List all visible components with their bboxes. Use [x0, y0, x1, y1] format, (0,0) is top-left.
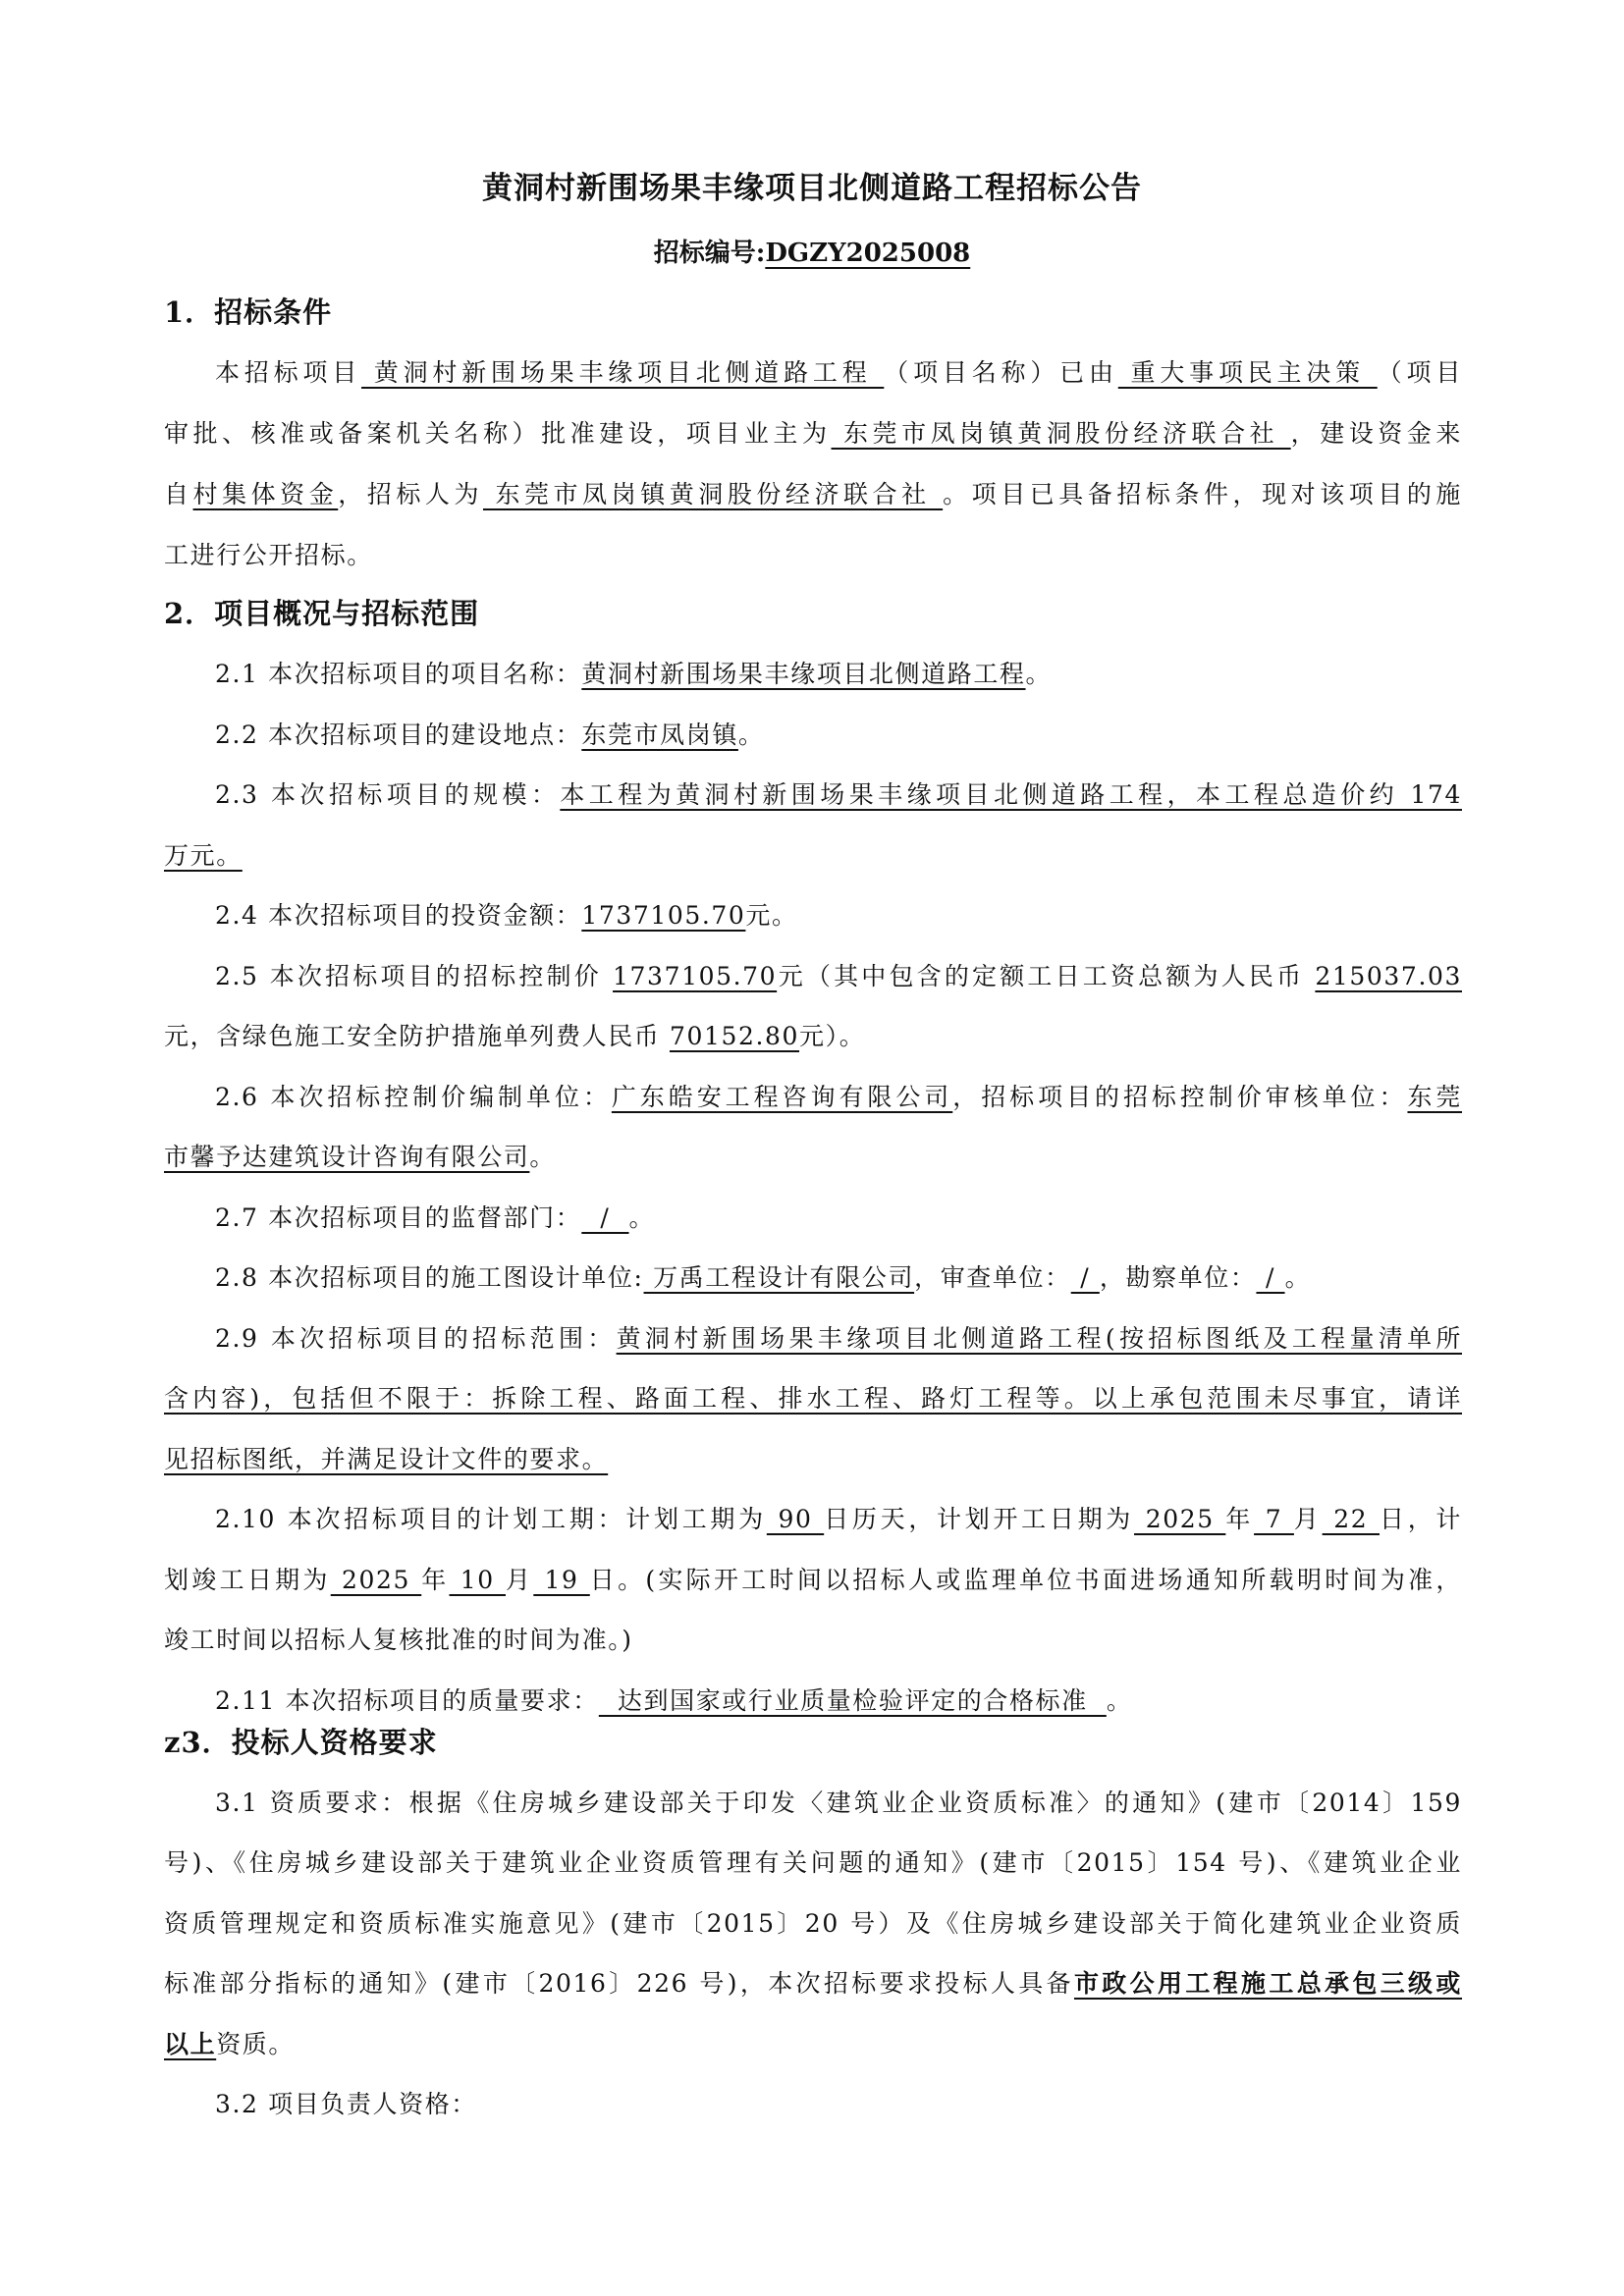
text: （项目名称）已由 — [884, 358, 1117, 387]
section-heading-1: 1．招标条件 — [164, 291, 332, 334]
item-3-1-line-1: 3.1 资质要求：根据《住房城乡建设部关于印发〈建筑业企业资质标准〉的通知》(建… — [164, 1784, 1462, 1823]
wage-total: 215037.03 — [1315, 962, 1462, 990]
start-year: 2025 — [1134, 1505, 1225, 1533]
start-day: 22 — [1323, 1505, 1380, 1533]
review-unit: / — [1071, 1263, 1100, 1292]
investment-amount: 1737105.70 — [581, 901, 745, 930]
text: ，招标项目的招标控制价审核单位： — [952, 1083, 1407, 1111]
text: 。 — [529, 1143, 556, 1171]
para-1-line-3: 自村集体资金，招标人为 东莞市凤岗镇黄洞股份经济联合社 。项目已具备招标条件，现… — [164, 475, 1462, 514]
page-title: 黄洞村新围场果丰缘项目北侧道路工程招标公告 — [0, 167, 1624, 210]
location-value: 东莞市凤岗镇 — [581, 721, 738, 749]
item-3-1-line-3: 资质管理规定和资质标准实施意见》(建市〔2015〕20 号）及《住房城乡建设部关… — [164, 1904, 1462, 1944]
item-2-7: 2.7 本次招标项目的监督部门： / 。 — [164, 1199, 1462, 1238]
text: 日。(实际开工时间以招标人或监理单位书面进场通知所载明时间为准， — [590, 1566, 1462, 1594]
text: 本招标项目 — [215, 358, 361, 387]
duration-days: 90 — [767, 1505, 824, 1533]
label: 2.8 本次招标项目的施工图设计单位: — [215, 1263, 644, 1292]
text: ，建设资金来 — [1291, 419, 1462, 448]
item-3-1-line-5: 以上资质。 — [164, 2025, 1462, 2064]
project-name: 黄洞村新围场果丰缘项目北侧道路工程 — [361, 358, 884, 387]
survey-unit: / — [1256, 1263, 1284, 1292]
item-3-1-line-4: 标准部分指标的通知》(建市〔2016〕226 号)，本次招标要求投标人具备市政公… — [164, 1964, 1462, 2003]
bid-number-label: 招标编号: — [654, 239, 766, 268]
project-owner: 东莞市凤岗镇黄洞股份经济联合社 — [832, 419, 1291, 448]
qualification-requirement: 市政公用工程施工总承包三级或 — [1074, 1969, 1462, 1998]
text: 年 — [421, 1566, 449, 1594]
para-1-line-1: 本招标项目 黄洞村新围场果丰缘项目北侧道路工程 （项目名称）已由 重大事项民主决… — [164, 353, 1462, 393]
item-3-2: 3.2 项目负责人资格： — [164, 2085, 1462, 2124]
label: 2.7 本次招标项目的监督部门： — [215, 1203, 581, 1232]
item-2-3-line-1: 2.3 本次招标项目的规模：本工程为黄洞村新围场果丰缘项目北侧道路工程，本工程总… — [164, 775, 1462, 815]
text: 元，含绿色施工安全防护措施单列费人民币 — [164, 1022, 670, 1050]
scope-value-end: 见招标图纸，并满足设计文件的要求。 — [164, 1445, 608, 1473]
label: 2.2 本次招标项目的建设地点： — [215, 721, 581, 749]
item-2-5-line-1: 2.5 本次招标项目的招标控制价 1737105.70元（其中包含的定额工日工资… — [164, 957, 1462, 996]
text: 元。 — [745, 901, 797, 930]
text: 。 — [629, 1203, 656, 1232]
control-price: 1737105.70 — [613, 962, 777, 990]
label: 2.5 本次招标项目的招标控制价 — [215, 962, 613, 990]
label: 2.1 本次招标项目的项目名称： — [215, 660, 581, 688]
item-2-8: 2.8 本次招标项目的施工图设计单位: 万禹工程设计有限公司，审查单位： / ，… — [164, 1258, 1462, 1298]
item-2-9-line-3: 见招标图纸，并满足设计文件的要求。 — [164, 1440, 1462, 1479]
qualification-requirement-cont: 以上 — [164, 2030, 216, 2058]
scope-value: 黄洞村新围场果丰缘项目北侧道路工程(按招标图纸及工程量清单所 — [617, 1324, 1462, 1353]
bid-number-line: 招标编号:DGZY2025008 — [0, 232, 1624, 275]
label: 2.3 本次招标项目的规模： — [215, 780, 560, 809]
design-unit: 万禹工程设计有限公司 — [644, 1263, 915, 1292]
section-heading-3: z3．投标人资格要求 — [164, 1721, 438, 1764]
text: （项目 — [1378, 358, 1462, 387]
para-1-line-4: 工进行公开招标。 — [164, 536, 1462, 575]
item-2-5-line-2: 元，含绿色施工安全防护措施单列费人民币 70152.80元）。 — [164, 1017, 1462, 1056]
item-2-9-line-2: 含内容)，包括但不限于：拆除工程、路面工程、排水工程、路灯工程等。以上承包范围未… — [164, 1379, 1462, 1418]
end-year: 2025 — [331, 1566, 422, 1594]
text: 。项目已具备招标条件，现对该项目的施 — [943, 480, 1462, 508]
price-auditor: 东莞 — [1407, 1083, 1462, 1111]
item-2-2: 2.2 本次招标项目的建设地点：东莞市凤岗镇。 — [164, 716, 1462, 755]
item-3-1-line-2: 号)、《住房城乡建设部关于建筑业企业资质管理有关问题的通知》(建市〔2015〕1… — [164, 1843, 1462, 1883]
text: 。 — [1285, 1263, 1312, 1292]
end-day: 19 — [533, 1566, 589, 1594]
price-compiler: 广东皓安工程咨询有限公司 — [612, 1083, 952, 1111]
text: 日，计 — [1380, 1505, 1462, 1533]
item-2-10-line-1: 2.10 本次招标项目的计划工期：计划工期为 90 日历天，计划开工日期为 20… — [164, 1500, 1462, 1539]
text: 。 — [1107, 1686, 1133, 1715]
text: 月 — [506, 1566, 533, 1594]
scale-value-cont: 万元。 — [164, 841, 243, 870]
item-2-6-line-2: 市馨予达建筑设计咨询有限公司。 — [164, 1138, 1462, 1177]
label: 2.10 本次招标项目的计划工期：计划工期为 — [215, 1505, 767, 1533]
item-2-3-line-2: 万元。 — [164, 836, 1462, 876]
item-2-10-line-3: 竣工时间以招标人复核批准的时间为准。) — [164, 1621, 1462, 1660]
item-2-1: 2.1 本次招标项目的项目名称：黄洞村新围场果丰缘项目北侧道路工程。 — [164, 655, 1462, 694]
funding-source: 村集体资金 — [193, 480, 339, 508]
end-month: 10 — [450, 1566, 506, 1594]
text: 。 — [1026, 660, 1053, 688]
text: 资质。 — [216, 2030, 295, 2058]
text: ，审查单位： — [914, 1263, 1071, 1292]
supervision-dept: / — [581, 1203, 628, 1232]
label: 2.6 本次招标控制价编制单位： — [215, 1083, 612, 1111]
text: 划竣工日期为 — [164, 1566, 331, 1594]
item-2-4: 2.4 本次招标项目的投资金额：1737105.70元。 — [164, 896, 1462, 935]
bid-number: DGZY2025008 — [765, 239, 970, 268]
project-name-value: 黄洞村新围场果丰缘项目北侧道路工程 — [581, 660, 1025, 688]
document-page: 黄洞村新围场果丰缘项目北侧道路工程招标公告 招标编号:DGZY2025008 1… — [0, 0, 1624, 2296]
price-auditor-cont: 市馨予达建筑设计咨询有限公司 — [164, 1143, 529, 1171]
scope-value-cont: 含内容)，包括但不限于：拆除工程、路面工程、排水工程、路灯工程等。以上承包范围未… — [164, 1384, 1462, 1413]
text: 。 — [738, 721, 765, 749]
text: 日历天，计划开工日期为 — [824, 1505, 1134, 1533]
text: 标准部分指标的通知》(建市〔2016〕226 号)，本次招标要求投标人具备 — [164, 1969, 1074, 1998]
text: 元）。 — [799, 1022, 865, 1050]
item-2-9-line-1: 2.9 本次招标项目的招标范围：黄洞村新围场果丰缘项目北侧道路工程(按招标图纸及… — [164, 1319, 1462, 1359]
text: ，招标人为 — [338, 480, 483, 508]
text: 自 — [164, 480, 193, 508]
start-month: 7 — [1254, 1505, 1294, 1533]
text: 元（其中包含的定额工日工资总额为人民币 — [777, 962, 1315, 990]
item-2-10-line-2: 划竣工日期为 2025 年 10 月 19 日。(实际开工时间以招标人或监理单位… — [164, 1561, 1462, 1600]
approval-authority: 重大事项民主决策 — [1118, 358, 1378, 387]
text: 月 — [1294, 1505, 1323, 1533]
para-1-line-2: 审批、核准或备案机关名称）批准建设，项目业主为 东莞市凤岗镇黄洞股份经济联合社 … — [164, 414, 1462, 454]
text: ，勘察单位： — [1100, 1263, 1257, 1292]
item-2-11: 2.11 本次招标项目的质量要求： 达到国家或行业质量检验评定的合格标准 。 — [164, 1682, 1462, 1721]
safety-fee: 70152.80 — [670, 1022, 799, 1050]
label: 2.11 本次招标项目的质量要求： — [215, 1686, 599, 1715]
item-2-6-line-1: 2.6 本次招标控制价编制单位：广东皓安工程咨询有限公司，招标项目的招标控制价审… — [164, 1078, 1462, 1117]
section-heading-2: 2．项目概况与招标范围 — [164, 592, 479, 635]
quality-requirement: 达到国家或行业质量检验评定的合格标准 — [599, 1686, 1107, 1715]
label: 2.4 本次招标项目的投资金额： — [215, 901, 581, 930]
text: 年 — [1225, 1505, 1254, 1533]
scale-value: 本工程为黄洞村新围场果丰缘项目北侧道路工程，本工程总造价约 174 — [560, 780, 1462, 809]
label: 2.9 本次招标项目的招标范围： — [215, 1324, 617, 1353]
tenderer: 东莞市凤岗镇黄洞股份经济联合社 — [483, 480, 943, 508]
text: 审批、核准或备案机关名称）批准建设，项目业主为 — [164, 419, 832, 448]
